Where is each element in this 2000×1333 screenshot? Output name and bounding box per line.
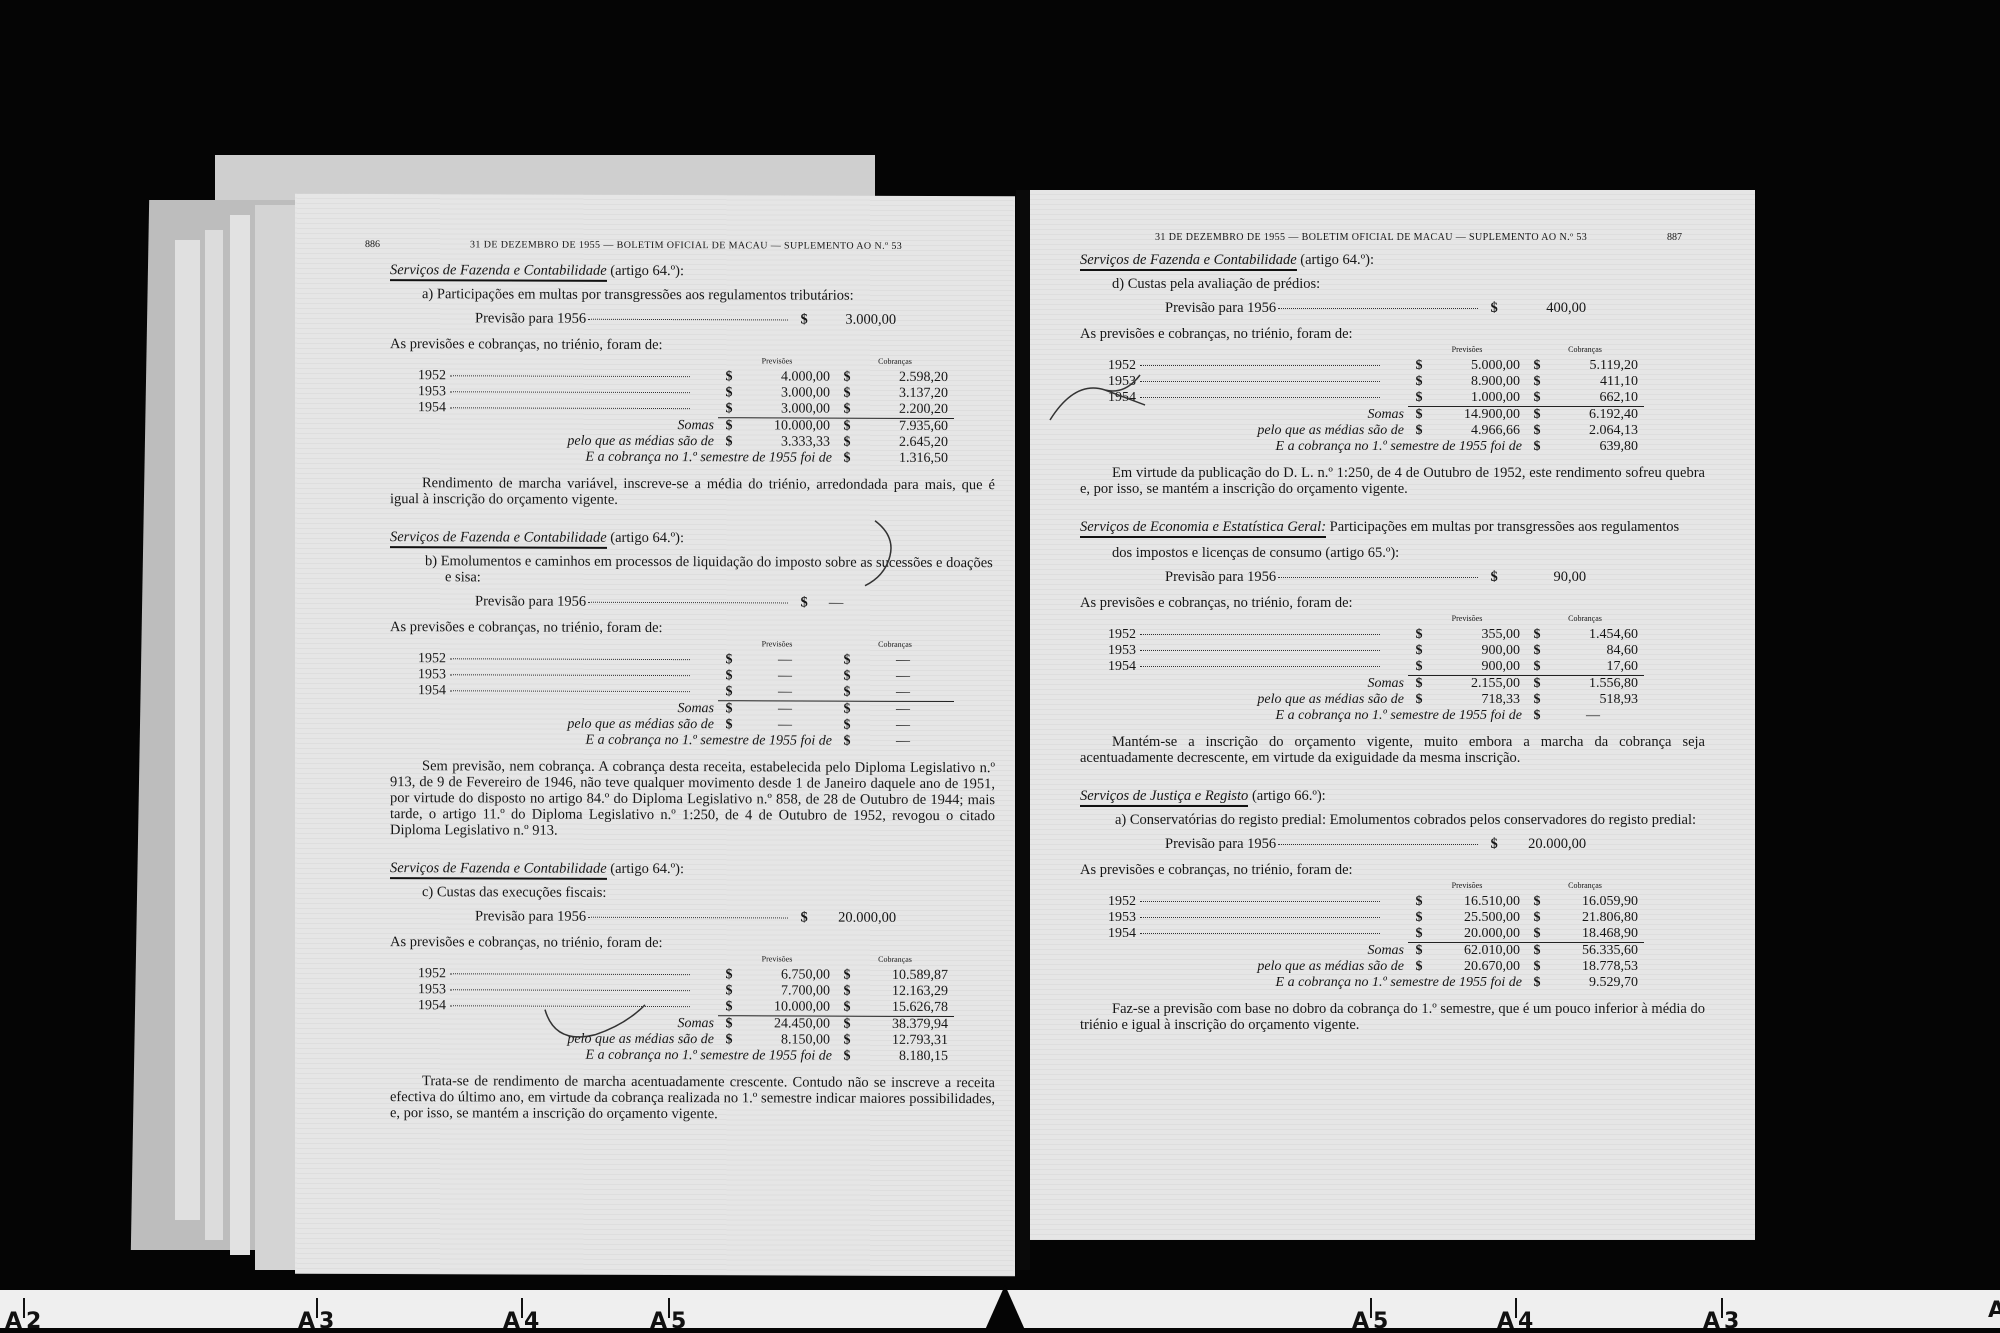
cobr-value: 1.454,60 bbox=[1548, 627, 1644, 643]
forecast-label: Previsão para 1956 bbox=[1165, 836, 1276, 852]
prev-value: 900,00 bbox=[1430, 643, 1526, 659]
currency-symbol: $ bbox=[1482, 569, 1506, 585]
forecast-value: 400,00 bbox=[1506, 300, 1586, 316]
section-d: Serviços de Fazenda e Contabilidade (art… bbox=[1080, 252, 1705, 497]
medias-row: pelo que as médias são de$20.670,00$18.7… bbox=[1080, 959, 1644, 975]
prev-value: 20.000,00 bbox=[1430, 926, 1526, 943]
medias-row: pelo que as médias são de$3.333,33$2.645… bbox=[390, 433, 954, 451]
forecast-line: Previsão para 1956$3.000,00 bbox=[390, 310, 995, 328]
forecast-line: Previsão para 1956$400,00 bbox=[1080, 300, 1705, 316]
triennium-intro: As previsões e cobranças, no triénio, fo… bbox=[1080, 595, 1705, 611]
somas-cobr: 7.935,60 bbox=[858, 418, 954, 435]
table-row: 1953$25.500,00$21.806,80 bbox=[1080, 910, 1644, 926]
col-header-previsoes: Previsões bbox=[718, 951, 836, 967]
prev-value: 3.000,00 bbox=[740, 385, 836, 401]
year: 1952 bbox=[1108, 627, 1136, 642]
medias-cobr: 18.778,53 bbox=[1548, 959, 1644, 975]
pencil-mark-icon bbox=[535, 995, 675, 1055]
somas-prev: 10.000,00 bbox=[740, 418, 836, 435]
right-page: 31 DE DEZEMBRO DE 1955 — BOLETIM OFICIAL… bbox=[1030, 190, 1755, 1240]
film-mark: A2 bbox=[5, 1298, 41, 1333]
semestre-label: E a cobrança no 1.º semestre de 1955 foi… bbox=[390, 449, 836, 467]
somas-row: Somas$—$— bbox=[390, 700, 954, 718]
currency-symbol: $ bbox=[792, 594, 816, 610]
semestre-row: E a cobrança no 1.º semestre de 1955 foi… bbox=[1080, 975, 1644, 991]
forecast-label: Previsão para 1956 bbox=[475, 310, 586, 326]
section-note: Sem previsão, nem cobrança. A cobrança d… bbox=[390, 758, 995, 840]
table-row: 1953$900,00$84,60 bbox=[1080, 643, 1644, 659]
currency-symbol: $ bbox=[792, 909, 816, 925]
triennium-intro: As previsões e cobranças, no triénio, fo… bbox=[1080, 326, 1705, 342]
triennium-table: PrevisõesCobranças 1952$355,00$1.454,60 … bbox=[1080, 611, 1644, 724]
cobr-value: 2.200,20 bbox=[858, 402, 954, 419]
prev-value: 1.000,00 bbox=[1430, 390, 1526, 407]
somas-cobr: 1.556,80 bbox=[1548, 676, 1644, 693]
year: 1954 bbox=[418, 683, 446, 698]
table-row: 1952$355,00$1.454,60 bbox=[1080, 627, 1644, 643]
cobr-value: 10.589,87 bbox=[858, 968, 954, 984]
page-stack-edge bbox=[230, 215, 250, 1255]
cobr-value: 5.119,20 bbox=[1548, 358, 1644, 374]
semestre-label: E a cobrança no 1.º semestre de 1955 foi… bbox=[1080, 708, 1526, 724]
section-title: Serviços de Fazenda e Contabilidade bbox=[390, 860, 607, 880]
semestre-label: E a cobrança no 1.º semestre de 1955 foi… bbox=[1080, 439, 1526, 455]
film-mark: A3 bbox=[298, 1298, 334, 1333]
film-mark: A5 bbox=[1352, 1298, 1388, 1333]
year: 1953 bbox=[418, 384, 446, 399]
year: 1954 bbox=[418, 998, 446, 1013]
semestre-value: 8.180,15 bbox=[858, 1049, 954, 1065]
table-row: 1952$16.510,00$16.059,90 bbox=[1080, 894, 1644, 910]
col-header-cobrancas: Cobranças bbox=[836, 637, 954, 653]
forecast-value: 20.000,00 bbox=[816, 910, 896, 926]
page-stack-edge bbox=[255, 205, 295, 1270]
somas-prev: 14.900,00 bbox=[1430, 407, 1526, 424]
pencil-mark-icon bbox=[855, 516, 915, 596]
prev-value: 4.000,00 bbox=[740, 369, 836, 385]
triennium-table: PrevisõesCobranças 1952$4.000,00$2.598,2… bbox=[390, 352, 954, 467]
section-note: Rendimento de marcha variável, inscreve-… bbox=[390, 475, 995, 509]
semestre-row: E a cobrança no 1.º semestre de 1955 foi… bbox=[390, 732, 954, 750]
cobr-value: — bbox=[858, 669, 954, 685]
year: 1954 bbox=[418, 400, 446, 415]
somas-cobr: 56.335,60 bbox=[1548, 943, 1644, 960]
section-item: c) Custas das execuções fiscais: bbox=[390, 884, 995, 902]
medias-label: pelo que as médias são de bbox=[390, 716, 718, 733]
col-header-previsoes: Previsões bbox=[1408, 878, 1526, 894]
prev-value: — bbox=[740, 652, 836, 668]
right-page-body: Serviços de Fazenda e Contabilidade (art… bbox=[1080, 252, 1705, 1033]
medias-row: pelo que as médias são de$718,33$518,93 bbox=[1080, 692, 1644, 708]
forecast-label: Previsão para 1956 bbox=[1165, 300, 1276, 316]
table-row: 1953$3.000,00$3.137,20 bbox=[390, 384, 954, 402]
medias-cobr: — bbox=[858, 718, 954, 734]
semestre-value: — bbox=[858, 734, 954, 750]
section-title: Serviços de Justiça e Registo bbox=[1080, 788, 1248, 807]
section-note: Trata-se de rendimento de marcha acentua… bbox=[390, 1073, 995, 1123]
forecast-label: Previsão para 1956 bbox=[475, 908, 586, 924]
page-stack-edge bbox=[175, 240, 200, 1220]
left-page: 886 31 DE DEZEMBRO DE 1955 — BOLETIM OFI… bbox=[295, 194, 1015, 1277]
somas-cobr: 38.379,94 bbox=[858, 1016, 954, 1033]
section-article: Participações em multas por transgressõe… bbox=[1330, 519, 1680, 535]
somas-row: Somas$10.000,00$7.935,60 bbox=[390, 417, 954, 435]
somas-prev: 24.450,00 bbox=[740, 1016, 836, 1033]
film-mark: A5 bbox=[650, 1298, 686, 1333]
forecast-line: Previsão para 1956$20.000,00 bbox=[1080, 836, 1705, 852]
somas-prev: 62.010,00 bbox=[1430, 943, 1526, 960]
prev-value: 355,00 bbox=[1430, 627, 1526, 643]
medias-label: pelo que as médias são de bbox=[1080, 959, 1408, 975]
section-item: dos impostos e licenças de consumo (arti… bbox=[1080, 545, 1705, 561]
year: 1952 bbox=[1108, 894, 1136, 909]
table-row: 1952$6.750,00$10.589,87 bbox=[390, 966, 954, 984]
col-header-cobrancas: Cobranças bbox=[836, 952, 954, 968]
medias-cobr: 2.645,20 bbox=[858, 435, 954, 451]
table-row: 1952$—$— bbox=[390, 651, 954, 669]
year: 1953 bbox=[1108, 910, 1136, 925]
semestre-value: 1.316,50 bbox=[858, 451, 954, 467]
film-mark: A bbox=[1988, 1298, 2000, 1323]
col-header-previsoes: Previsões bbox=[1408, 611, 1526, 627]
running-head: 31 DE DEZEMBRO DE 1955 — BOLETIM OFICIAL… bbox=[1155, 232, 1587, 243]
year: 1952 bbox=[418, 651, 446, 666]
cobr-value: 12.163,29 bbox=[858, 984, 954, 1000]
medias-row: pelo que as médias são de$—$— bbox=[390, 716, 954, 734]
cobr-value: 18.468,90 bbox=[1548, 926, 1644, 943]
forecast-line: Previsão para 1956$90,00 bbox=[1080, 569, 1705, 585]
medias-prev: 4.966,66 bbox=[1430, 423, 1526, 439]
col-header-cobrancas: Cobranças bbox=[1526, 611, 1644, 627]
semestre-value: — bbox=[1548, 708, 1644, 724]
prev-value: 3.000,00 bbox=[740, 401, 836, 418]
somas-row: Somas$62.010,00$56.335,60 bbox=[1080, 943, 1644, 960]
semestre-value: 639,80 bbox=[1548, 439, 1644, 455]
medias-cobr: 518,93 bbox=[1548, 692, 1644, 708]
section-article: (artigo 64.º): bbox=[610, 530, 684, 546]
section-item: a) Conservatórias do registo predial: Em… bbox=[1080, 812, 1705, 828]
pencil-mark-icon bbox=[1045, 370, 1165, 430]
table-row: 1953$—$— bbox=[390, 667, 954, 685]
section-article: (artigo 64.º): bbox=[1300, 252, 1374, 268]
medias-prev: 8.150,00 bbox=[740, 1032, 836, 1048]
section-article: (artigo 64.º): bbox=[610, 263, 684, 279]
page-number: 887 bbox=[1667, 232, 1682, 243]
cobr-value: 662,10 bbox=[1548, 390, 1644, 407]
somas-cobr: — bbox=[858, 701, 954, 718]
medias-label: pelo que as médias são de bbox=[390, 433, 718, 450]
section-title: Serviços de Fazenda e Contabilidade bbox=[1080, 252, 1297, 271]
section-note: Mantém-se a inscrição do orçamento vigen… bbox=[1080, 734, 1705, 766]
table-row: 1954$20.000,00$18.468,90 bbox=[1080, 926, 1644, 943]
year: 1953 bbox=[1108, 643, 1136, 658]
col-header-previsoes: Previsões bbox=[1408, 342, 1526, 358]
somas-prev: 2.155,00 bbox=[1430, 676, 1526, 693]
year: 1953 bbox=[418, 667, 446, 682]
cobr-value: 15.626,78 bbox=[858, 1000, 954, 1017]
somas-label: Somas bbox=[1080, 676, 1408, 693]
triennium-intro: As previsões e cobranças, no triénio, fo… bbox=[390, 619, 995, 637]
forecast-line: Previsão para 1956$20.000,00 bbox=[390, 908, 995, 926]
medias-prev: 718,33 bbox=[1430, 692, 1526, 708]
forecast-value: — bbox=[816, 595, 856, 611]
film-mark: A4 bbox=[503, 1298, 539, 1333]
section-title: Serviços de Economia e Estatística Geral… bbox=[1080, 519, 1326, 538]
section-a: Serviços de Fazenda e Contabilidade (art… bbox=[390, 262, 995, 509]
cobr-value: — bbox=[858, 685, 954, 702]
prev-value: 6.750,00 bbox=[740, 967, 836, 983]
year: 1954 bbox=[1108, 926, 1136, 941]
col-header-previsoes: Previsões bbox=[718, 353, 836, 369]
section-justica: Serviços de Justiça e Registo (artigo 66… bbox=[1080, 788, 1705, 1033]
prev-value: 5.000,00 bbox=[1430, 358, 1526, 374]
medias-prev: 3.333,33 bbox=[740, 434, 836, 450]
prev-value: 25.500,00 bbox=[1430, 910, 1526, 926]
section-economia: Serviços de Economia e Estatística Geral… bbox=[1080, 519, 1705, 766]
cobr-value: 16.059,90 bbox=[1548, 894, 1644, 910]
section-article: (artigo 66.º): bbox=[1252, 788, 1326, 804]
semestre-row: E a cobrança no 1.º semestre de 1955 foi… bbox=[1080, 708, 1644, 724]
cobr-value: 3.137,20 bbox=[858, 386, 954, 402]
year: 1952 bbox=[418, 368, 446, 383]
film-notch bbox=[985, 1285, 1025, 1330]
page-stack-edge bbox=[205, 230, 223, 1240]
medias-prev: — bbox=[740, 717, 836, 733]
triennium-table: PrevisõesCobranças 1952$—$— 1953$—$— 195… bbox=[390, 635, 954, 750]
medias-label: pelo que as médias são de bbox=[1080, 692, 1408, 708]
cobr-value: 17,60 bbox=[1548, 659, 1644, 676]
prev-value: — bbox=[740, 684, 836, 701]
year: 1953 bbox=[418, 982, 446, 997]
triennium-intro: As previsões e cobranças, no triénio, fo… bbox=[1080, 862, 1705, 878]
cobr-value: — bbox=[858, 653, 954, 669]
prev-value: 900,00 bbox=[1430, 659, 1526, 676]
section-c: Serviços de Fazenda e Contabilidade (art… bbox=[390, 860, 995, 1123]
cobr-value: 411,10 bbox=[1548, 374, 1644, 390]
semestre-value: 9.529,70 bbox=[1548, 975, 1644, 991]
col-header-previsoes: Previsões bbox=[718, 636, 836, 652]
somas-row: Somas$2.155,00$1.556,80 bbox=[1080, 676, 1644, 693]
forecast-label: Previsão para 1956 bbox=[1165, 569, 1276, 585]
currency-symbol: $ bbox=[1482, 300, 1506, 316]
somas-cobr: 6.192,40 bbox=[1548, 407, 1644, 424]
section-item: a) Participações em multas por transgres… bbox=[390, 286, 995, 304]
year: 1954 bbox=[1108, 659, 1136, 674]
table-row: 1954$900,00$17,60 bbox=[1080, 659, 1644, 676]
film-mark: A4 bbox=[1497, 1298, 1533, 1333]
semestre-label: E a cobrança no 1.º semestre de 1955 foi… bbox=[390, 732, 836, 750]
cobr-value: 84,60 bbox=[1548, 643, 1644, 659]
film-mark: A3 bbox=[1703, 1298, 1739, 1333]
col-header-cobrancas: Cobranças bbox=[836, 354, 954, 370]
cobr-value: 2.598,20 bbox=[858, 370, 954, 386]
triennium-intro: As previsões e cobranças, no triénio, fo… bbox=[390, 934, 995, 952]
somas-prev: — bbox=[740, 701, 836, 718]
prev-value: — bbox=[740, 668, 836, 684]
section-note: Em virtude da publicação do D. L. n.º 1:… bbox=[1080, 465, 1705, 497]
currency-symbol: $ bbox=[792, 311, 816, 327]
triennium-table: PrevisõesCobranças 1952$16.510,00$16.059… bbox=[1080, 878, 1644, 991]
medias-cobr: 12.793,31 bbox=[858, 1033, 954, 1049]
section-article: (artigo 64.º): bbox=[610, 861, 684, 877]
section-note: Faz-se a previsão com base no dobro da c… bbox=[1080, 1001, 1705, 1033]
forecast-label: Previsão para 1956 bbox=[475, 593, 586, 609]
forecast-value: 90,00 bbox=[1506, 569, 1586, 585]
left-page-body: Serviços de Fazenda e Contabilidade (art… bbox=[390, 262, 995, 1123]
prev-value: 7.700,00 bbox=[740, 983, 836, 999]
section-item: d) Custas pela avaliação de prédios: bbox=[1080, 276, 1705, 292]
medias-prev: 20.670,00 bbox=[1430, 959, 1526, 975]
running-head: 31 DE DEZEMBRO DE 1955 — BOLETIM OFICIAL… bbox=[470, 239, 902, 252]
col-header-cobrancas: Cobranças bbox=[1526, 878, 1644, 894]
prev-value: 10.000,00 bbox=[740, 999, 836, 1016]
col-header-cobrancas: Cobranças bbox=[1526, 342, 1644, 358]
year: 1952 bbox=[418, 966, 446, 981]
somas-label: Somas bbox=[390, 700, 718, 718]
semestre-row: E a cobrança no 1.º semestre de 1955 foi… bbox=[390, 449, 954, 467]
currency-symbol: $ bbox=[1482, 836, 1506, 852]
table-row: 1954$3.000,00$2.200,20 bbox=[390, 400, 954, 418]
semestre-label: E a cobrança no 1.º semestre de 1955 foi… bbox=[1080, 975, 1526, 991]
cobr-value: 21.806,80 bbox=[1548, 910, 1644, 926]
table-row: 1954$—$— bbox=[390, 683, 954, 701]
section-title: Serviços de Fazenda e Contabilidade bbox=[390, 529, 607, 549]
section-title: Serviços de Fazenda e Contabilidade bbox=[390, 262, 607, 282]
medias-cobr: 2.064,13 bbox=[1548, 423, 1644, 439]
book-gutter bbox=[1016, 190, 1030, 1270]
page-number: 886 bbox=[365, 239, 380, 250]
forecast-value: 3.000,00 bbox=[816, 312, 896, 328]
somas-label: Somas bbox=[1080, 943, 1408, 960]
triennium-intro: As previsões e cobranças, no triénio, fo… bbox=[390, 336, 995, 354]
semestre-row: E a cobrança no 1.º semestre de 1955 foi… bbox=[1080, 439, 1644, 455]
prev-value: 16.510,00 bbox=[1430, 894, 1526, 910]
forecast-value: 20.000,00 bbox=[1506, 836, 1586, 852]
table-row: 1952$4.000,00$2.598,20 bbox=[390, 368, 954, 386]
prev-value: 8.900,00 bbox=[1430, 374, 1526, 390]
somas-label: Somas bbox=[390, 417, 718, 435]
